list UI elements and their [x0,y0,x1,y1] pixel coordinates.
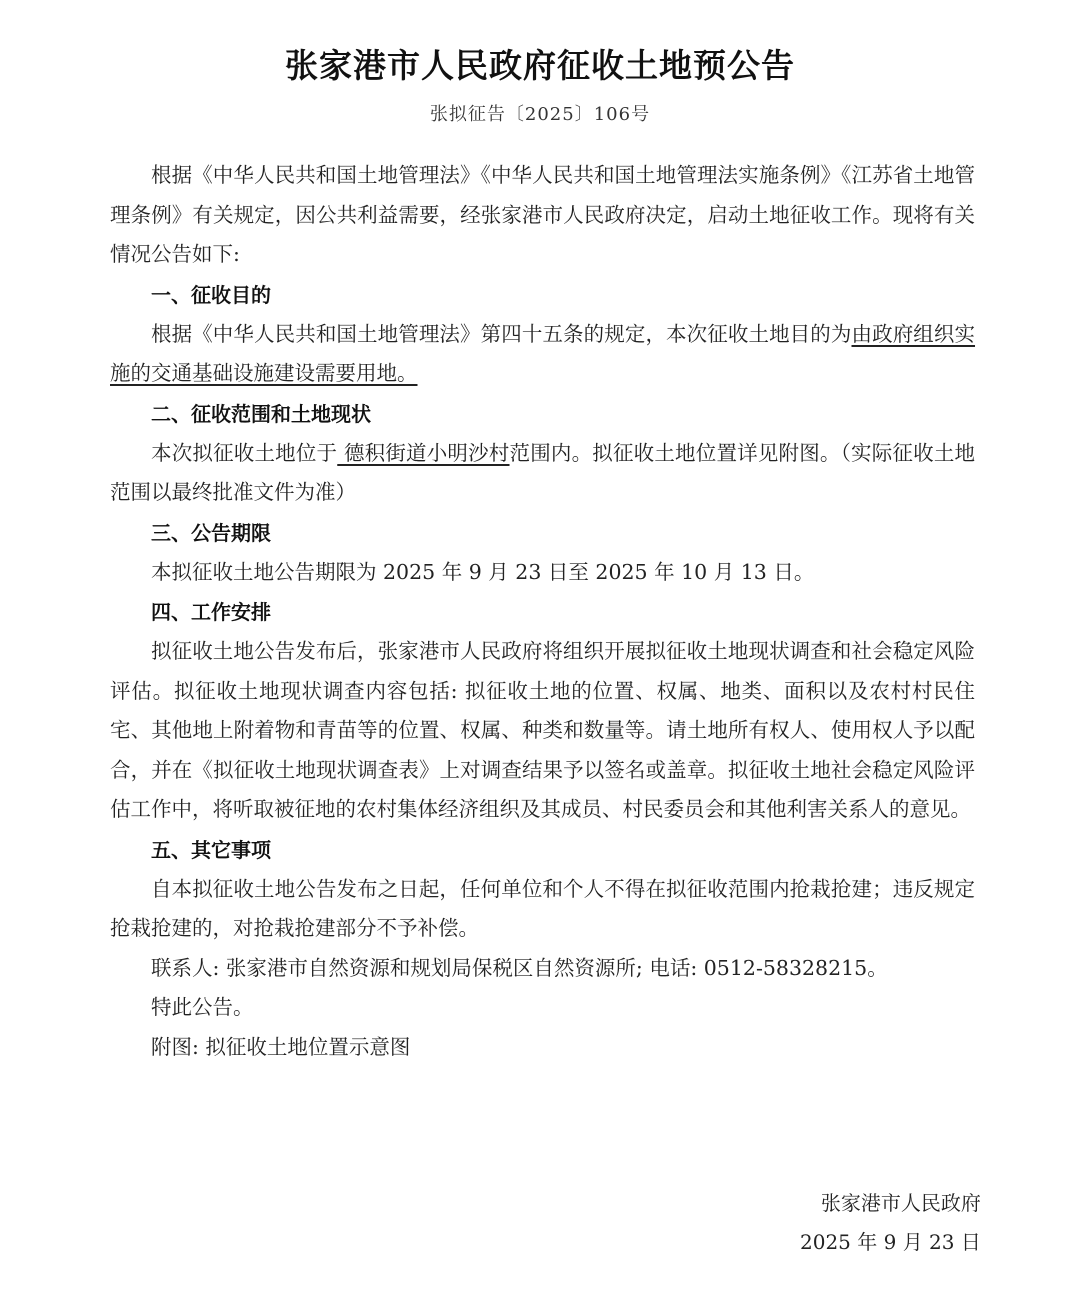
section-5-text: 自本拟征收土地公告发布之日起，任何单位和个人不得在拟征收范围内抢栽抢建；违反规定… [110,870,975,949]
section-1-text: 根据《中华人民共和国土地管理法》第四十五条的规定，本次征收土地目的为由政府组织实… [110,315,975,394]
section-4-heading: 四、工作安排 [110,592,975,632]
section-3-text: 本拟征收土地公告期限为 2025 年 9 月 23 日至 2025 年 10 月… [110,553,975,593]
contact-line: 联系人: 张家港市自然资源和规划局保税区自然资源所; 电话: 0512-5832… [110,949,975,989]
signature-block: 张家港市人民政府 2025 年 9 月 23 日 [800,1184,981,1262]
issuer-name: 张家港市人民政府 [800,1184,981,1223]
section-5-heading: 五、其它事项 [110,830,975,870]
section-3-heading: 三、公告期限 [110,513,975,553]
document-body: 根据《中华人民共和国土地管理法》《中华人民共和国土地管理法实施条例》《江苏省土地… [110,156,975,1067]
section-4-text: 拟征收土地公告发布后，张家港市人民政府将组织开展拟征收土地现状调查和社会稳定风险… [110,632,975,830]
issue-date: 2025 年 9 月 23 日 [800,1223,981,1262]
document-number: 张拟征告〔2025〕106号 [0,100,1080,126]
section-2-text-before: 本次拟征收土地位于 [151,441,337,465]
section-1-heading: 一、征收目的 [110,275,975,315]
section-1-text-before: 根据《中华人民共和国土地管理法》第四十五条的规定，本次征收土地目的为 [151,322,852,346]
section-2-heading: 二、征收范围和土地现状 [110,394,975,434]
intro-paragraph: 根据《中华人民共和国土地管理法》《中华人民共和国土地管理法实施条例》《江苏省土地… [110,156,975,275]
section-2-location-underlined: 德积街道小明沙村 [337,441,509,465]
attachment-line: 附图: 拟征收土地位置示意图 [110,1028,975,1068]
section-2-text: 本次拟征收土地位于 德积街道小明沙村范围内。拟征收土地位置详见附图。（实际征收土… [110,434,975,513]
closing-line: 特此公告。 [110,988,975,1028]
document-title: 张家港市人民政府征收土地预公告 [0,40,1080,87]
